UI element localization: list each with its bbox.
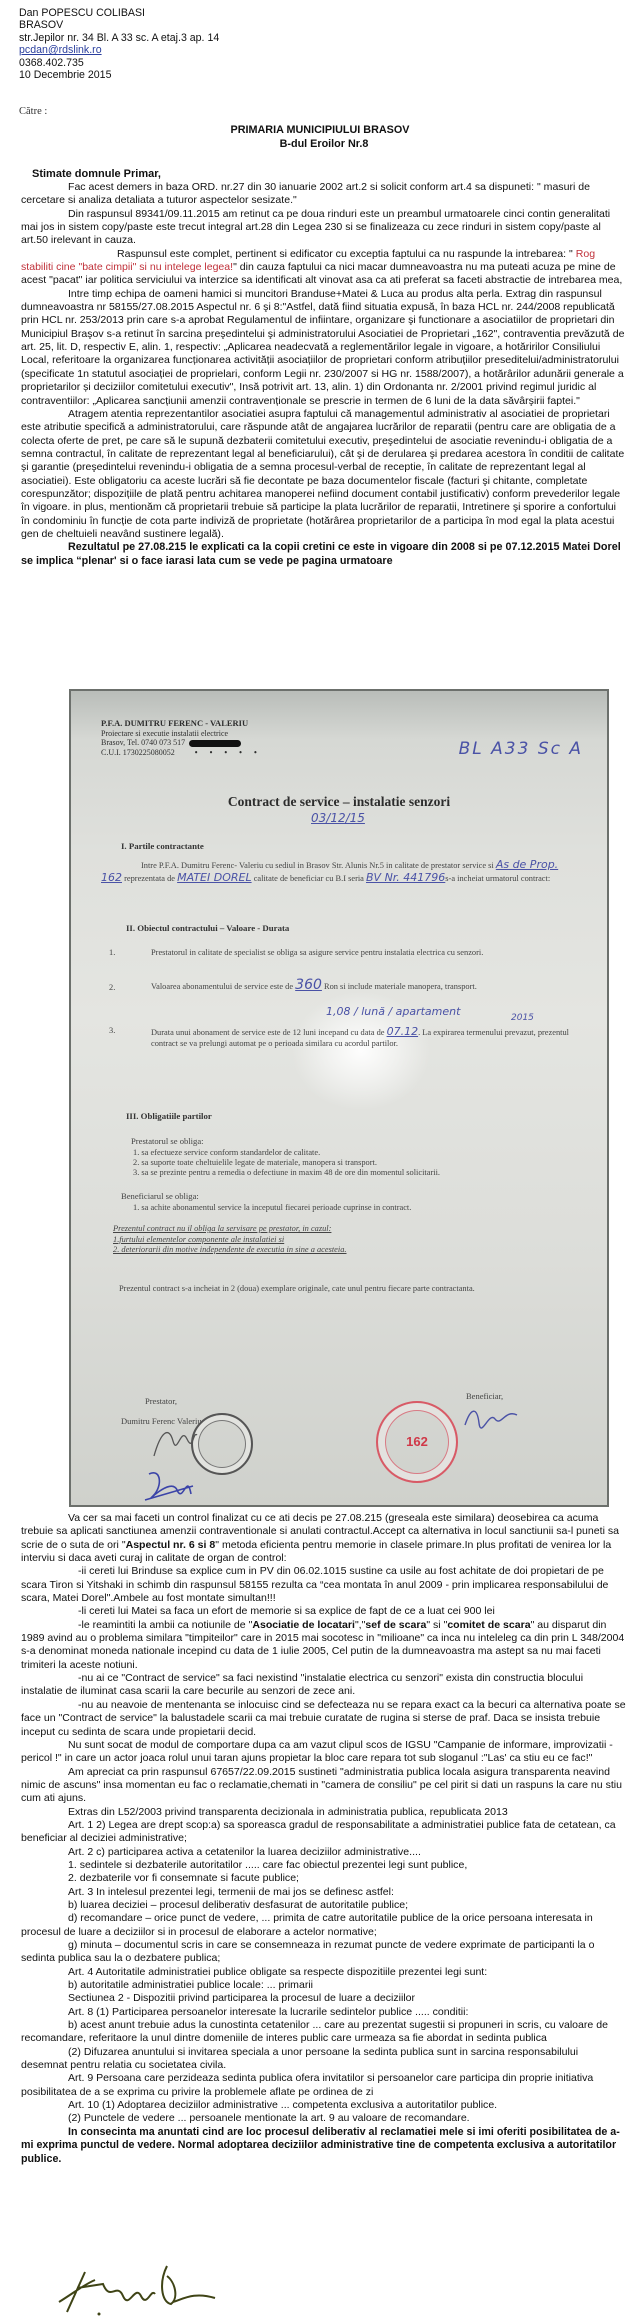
prestator-label: Prestator, [121, 1391, 202, 1411]
beneficiar-obligation-item: 1. sa achite abonamentul service la ince… [133, 1203, 411, 1213]
sender-city: BRASOV [19, 19, 219, 31]
author-signature [55, 2262, 225, 2317]
sender-name: Dan POPESCU COLIBASI [19, 7, 219, 19]
law-excerpt-line: b) autoritatile administratiei publice l… [21, 1979, 627, 1992]
law-excerpt-line: Extras din L52/2003 privind transparenta… [21, 1806, 627, 1819]
paragraph: -ii cereti lui Brinduse sa explice cum i… [21, 1565, 627, 1605]
law-excerpt-line: Art. 3 In intelesul prezentei legi, term… [21, 1886, 627, 1899]
obligation-item: 3. sa se prezinte pentru a remedia o def… [133, 1168, 440, 1178]
law-excerpt-line: Sectiunea 2 - Dispozitii privind partici… [21, 1992, 627, 2005]
paragraph: Raspunsul este complet, pertinent si edi… [21, 248, 627, 288]
prestator-obligations: 1. sa efectueze service conform standard… [133, 1148, 440, 1178]
exclusion-line: 2. deteriorarii din motive independente … [113, 1245, 347, 1256]
contract-number: 03/12/15 [311, 811, 365, 825]
law-excerpt-list: Extras din L52/2003 privind transparenta… [21, 1806, 627, 2126]
section1-text: Intre P.F.A. Dumitru Ferenc- Valeriu cu … [101, 859, 581, 885]
law-excerpt-line: Art. 2 c) participarea activa a cetateni… [21, 1846, 627, 1859]
beneficiar-obligations-label: Beneficiarul se obliga: [121, 1191, 199, 1201]
contract-exclusions: Prezentul contract nu il obliga la servi… [113, 1224, 347, 1256]
letter-date: 10 Decembrie 2015 [19, 69, 219, 81]
handwritten-start-date: 07.12 [387, 1025, 419, 1038]
section2-item1: Prestatorul in calitate de specialist se… [151, 948, 581, 958]
law-excerpt-line: Art. 4 Autoritatile administratiei publi… [21, 1966, 627, 1979]
section-heading: I. Partile contractante [121, 841, 204, 851]
paragraph: -nu au neavoie de mentenanta se inlocuis… [21, 1699, 627, 1739]
paragraph: -li cereti lui Matei sa faca un efort de… [21, 1605, 627, 1618]
obligation-item: 1. sa efectueze service conform standard… [133, 1148, 440, 1158]
text: Intre P.F.A. Dumitru Ferenc- Valeriu cu … [141, 861, 494, 870]
law-excerpt-line: b) acest anunt trebuie adus la cunostint… [21, 2019, 627, 2046]
paragraph: Din raspunsul 89341/09.11.2015 am retinu… [21, 208, 627, 248]
law-excerpt-line: Art. 9 Persoana care perzideaza sedinta … [21, 2072, 627, 2099]
company-cui: C.U.I. 1730225080052• • • • • [101, 748, 262, 758]
recipient-block: PRIMARIA MUNICIPIULUI BRASOV B-dul Eroil… [0, 123, 640, 151]
conclusion-paragraph: In consecinta ma anuntati cind are loc p… [21, 2126, 627, 2166]
handwritten-id: BV Nr. 441796 [366, 871, 445, 884]
text: Ron si include materiale manopera, trans… [324, 982, 477, 991]
text: Durata unui abonament de service este de… [151, 1028, 384, 1037]
paragraph: Intre timp echipa de oameni hamici si mu… [21, 288, 627, 408]
contract-letterhead: P.F.A. DUMITRU FERENC - VALERIU Proiecta… [101, 719, 262, 757]
law-excerpt-line: Art. 8 (1) Participarea persoanelor inte… [21, 2006, 627, 2019]
prestator-signature [149, 1421, 199, 1461]
redaction-dots: • • • • • [195, 748, 262, 757]
item-number: 2. [109, 983, 115, 993]
text: "," [355, 1619, 365, 1631]
sender-email-link[interactable]: pcdan@rdslink.ro [19, 44, 219, 56]
sender-address: str.Jepilor nr. 34 Bl. A 33 sc. A etaj.3… [19, 32, 219, 44]
item-number: 3. [109, 1026, 115, 1036]
law-excerpt-line: (2) Difuzarea anuntului si invitarea spe… [21, 2046, 627, 2073]
text: reprezentata de [124, 874, 175, 883]
text: Valoarea abonamentului de service este d… [151, 982, 293, 991]
recipient-institution: PRIMARIA MUNICIPIULUI BRASOV [0, 123, 640, 137]
prestator-obligations-label: Prestatorul se obliga: [131, 1136, 204, 1146]
handwritten-value: 360 [295, 977, 322, 993]
to-label: Către : [19, 106, 47, 117]
bold-text: sef de scara [365, 1619, 426, 1631]
paragraph: Va cer sa mai faceti un control finaliza… [21, 1512, 627, 1565]
item-number: 1. [109, 948, 115, 958]
contact-text: Brasov, Tel. 0740 073 517 [101, 738, 185, 747]
text: calitate de beneficiar cu B.I seria [254, 874, 364, 883]
contract-title: Contract de service – instalatie senzori [71, 794, 607, 810]
bold-text: comitet de scara [447, 1619, 530, 1631]
paragraph: -nu ai ce "Contract de service" sa faci … [21, 1672, 627, 1699]
paragraph: Am apreciat ca prin raspunsul 67657/22.0… [21, 1766, 627, 1806]
section2-item2: Valoarea abonamentului de service este d… [151, 979, 591, 993]
text: Raspunsul este complet, pertinent si edi… [117, 248, 573, 260]
beneficiar-signature [461, 1403, 521, 1431]
beneficiar-stamp: 162 [376, 1401, 458, 1483]
bold-text: Asociatie de locatari [252, 1619, 355, 1631]
handwritten-monthly-rate: 1,08 / lună / apartament [326, 1005, 460, 1018]
law-excerpt-line: Art. 10 (1) Adoptarea deciziilor adminis… [21, 2099, 627, 2112]
exclusion-line: 1.furtului elementelor componente ale in… [113, 1235, 347, 1246]
company-name: P.F.A. DUMITRU FERENC - VALERIU [101, 719, 262, 729]
handwritten-block-note: BL A33 Sc A [459, 739, 583, 759]
section-heading: III. Obligatiile partilor [126, 1111, 212, 1121]
section-heading: II. Obiectul contractului – Valoare - Du… [126, 923, 289, 933]
law-excerpt-line: 1. sedintele si dezbaterile autoritatilo… [21, 1859, 627, 1872]
contract-closing: Prezentul contract s-a incheiat in 2 (do… [113, 1284, 553, 1294]
letter-body-part1: Fac acest demers in baza ORD. nr.27 din … [21, 181, 627, 568]
greeting: Stimate domnule Primar, [32, 168, 161, 180]
paragraph: Nu sunt socat de modul de comportare dup… [21, 1739, 627, 1766]
exclusion-line: Prezentul contract nu il obliga la servi… [113, 1224, 347, 1235]
law-excerpt-line: d) recomandare – orice punct de vedere, … [21, 1912, 627, 1939]
obligation-item: 2. sa suporte toate cheltuielile legate … [133, 1158, 440, 1168]
text: -le reamintiti la ambii ca notiunile de … [78, 1619, 252, 1631]
sender-phone: 0368.402.735 [19, 57, 219, 69]
bold-text: Aspectul nr. 6 si 8 [126, 1539, 216, 1551]
section2-item3: Durata unui abonament de service este de… [151, 1026, 581, 1049]
scanned-contract-image: P.F.A. DUMITRU FERENC - VALERIU Proiecta… [69, 689, 609, 1507]
redaction-bar [189, 740, 241, 747]
beneficiar-label: Beneficiar, [466, 1391, 503, 1401]
paragraph: Fac acest demers in baza ORD. nr.27 din … [21, 181, 627, 208]
sender-block: Dan POPESCU COLIBASI BRASOV str.Jepilor … [19, 7, 219, 81]
law-excerpt-line: 2. dezbaterile vor fi consemnate si facu… [21, 1872, 627, 1885]
law-excerpt-line: g) minuta – documentul scris in care se … [21, 1939, 627, 1966]
paragraph: Atragem atentia reprezentantilor asociat… [21, 408, 627, 541]
handwritten-year: 2015 [511, 1013, 534, 1023]
letter-body-part2: Va cer sa mai faceti un control finaliza… [21, 1512, 627, 2166]
handwritten-representative: MATEI DOREL [177, 871, 251, 884]
company-activity: Proiectare si executie instalatii electr… [101, 729, 262, 739]
recipient-address: B-dul Eroilor Nr.8 [0, 137, 640, 151]
company-contact: Brasov, Tel. 0740 073 517 [101, 738, 262, 748]
text: " si " [426, 1619, 447, 1631]
blue-signature [141, 1466, 201, 1506]
paragraph-bold: Rezultatul pe 27.08.215 le explicati ca … [21, 541, 627, 568]
law-excerpt-line: Art. 1 2) Legea are drept scop:a) sa spo… [21, 1819, 627, 1846]
paragraph: -le reamintiti la ambii ca notiunile de … [21, 1619, 627, 1672]
text: s-a incheiat urmatorul contract: [445, 874, 550, 883]
law-excerpt-line: (2) Punctele de vedere ... persoanele me… [21, 2112, 627, 2125]
cui-text: C.U.I. 1730225080052 [101, 748, 175, 757]
law-excerpt-line: b) luarea deciziei – procesul deliberati… [21, 1899, 627, 1912]
